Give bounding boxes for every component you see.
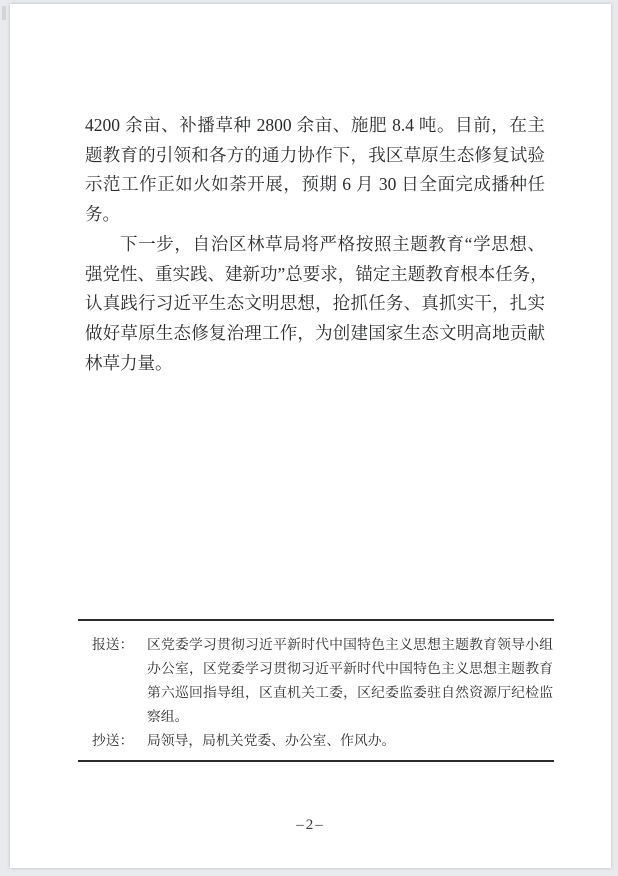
copies-submitted-line: 区党委学习贯彻习近平新时代中国特色主义思想主题教育领导小组: [147, 633, 553, 657]
copies-submitted-line: 办公室，区党委学习贯彻习近平新时代中国特色主义思想主题教育: [147, 657, 553, 681]
copies-sent-content: 局领导，局机关党委、办公室、作风办。: [147, 729, 553, 753]
copies-sent-row: 抄送： 局领导，局机关党委、办公室、作风办。: [92, 729, 562, 753]
recipients-block: 报送： 区党委学习贯彻习近平新时代中国特色主义思想主题教育领导小组 办公室，区党…: [92, 633, 562, 753]
body-text-line: 题教育的引领和各方的通力协作下，我区草原生态修复试验: [85, 141, 545, 171]
recipients-separator-top: [78, 619, 554, 621]
body-text-line: 强党性、重实践、建新功”总要求，锚定主题教育根本任务，: [85, 260, 545, 290]
body-text-line: 务。: [85, 200, 545, 230]
document-page: 4200 余亩、补播草种 2800 余亩、施肥 8.4 吨。目前，在主 题教育的…: [10, 4, 611, 868]
scan-artifact-mark: [2, 6, 6, 20]
copies-submitted-line: 察组。: [147, 705, 553, 729]
copies-submitted-line: 第六巡回指导组，区直机关工委，区纪委监委驻自然资源厅纪检监: [147, 681, 553, 705]
body-text-line: 4200 余亩、补播草种 2800 余亩、施肥 8.4 吨。目前，在主: [85, 111, 545, 141]
body-text-line: 林草力量。: [85, 349, 545, 379]
copies-submitted-row: 报送： 区党委学习贯彻习近平新时代中国特色主义思想主题教育领导小组 办公室，区党…: [92, 633, 562, 729]
copies-sent-line: 局领导，局机关党委、办公室、作风办。: [147, 729, 553, 753]
paragraph: 下一步，自治区林草局将严格按照主题教育“学思想、 强党性、重实践、建新功”总要求…: [85, 230, 545, 379]
body-text-block: 4200 余亩、补播草种 2800 余亩、施肥 8.4 吨。目前，在主 题教育的…: [85, 111, 545, 378]
scan-background: 4200 余亩、补播草种 2800 余亩、施肥 8.4 吨。目前，在主 题教育的…: [0, 0, 618, 876]
copies-submitted-content: 区党委学习贯彻习近平新时代中国特色主义思想主题教育领导小组 办公室，区党委学习贯…: [147, 633, 553, 729]
body-text-line: 做好草原生态修复治理工作，为创建国家生态文明高地贡献: [85, 319, 545, 349]
body-text-line: 下一步，自治区林草局将严格按照主题教育“学思想、: [85, 230, 545, 260]
copies-sent-label: 抄送：: [92, 729, 147, 753]
page-number: –2–: [10, 817, 611, 834]
paragraph: 4200 余亩、补播草种 2800 余亩、施肥 8.4 吨。目前，在主 题教育的…: [85, 111, 545, 230]
recipients-separator-bottom: [78, 760, 554, 762]
copies-submitted-label: 报送：: [92, 633, 147, 657]
body-text-line: 认真践行习近平生态文明思想，抢抓任务、真抓实干，扎实: [85, 289, 545, 319]
body-text-line: 示范工作正如火如荼开展，预期 6 月 30 日全面完成播种任: [85, 170, 545, 200]
